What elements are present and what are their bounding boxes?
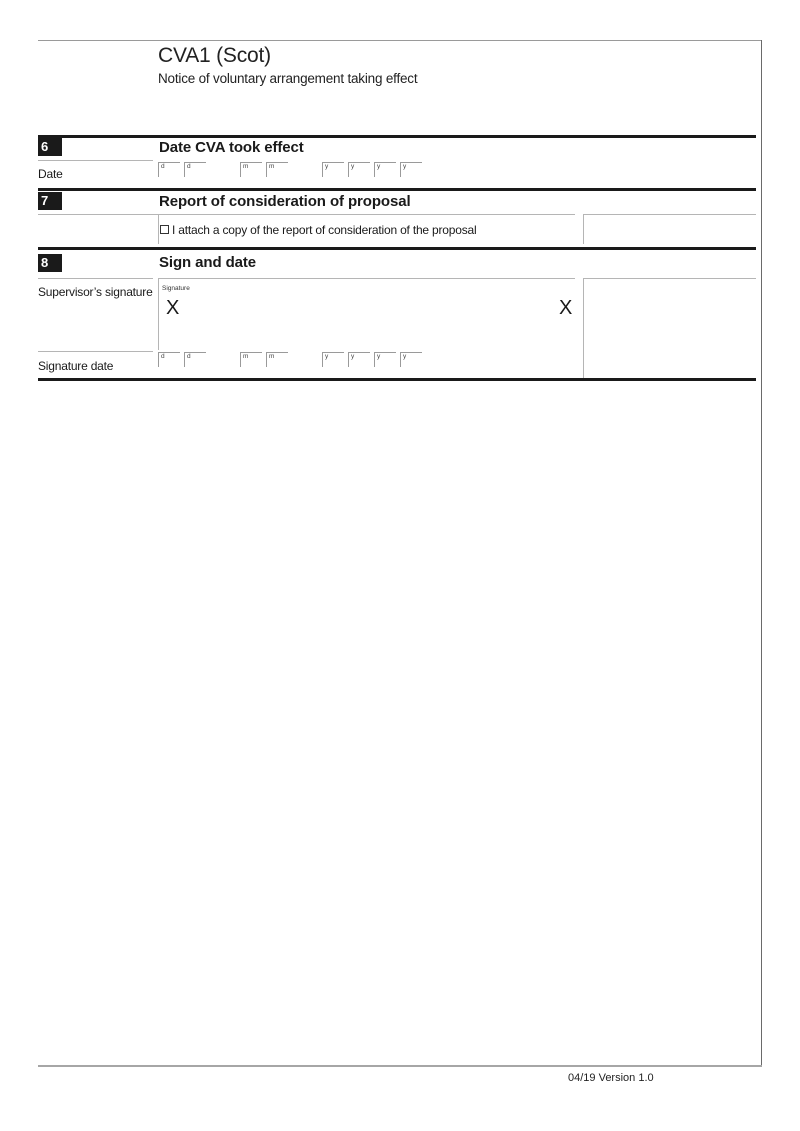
section-6-title: Date CVA took effect bbox=[159, 139, 304, 156]
date-digit-box[interactable]: y bbox=[400, 352, 422, 367]
page-top-rule bbox=[38, 40, 762, 41]
signature-date-field[interactable]: ddmmyyyy bbox=[158, 351, 458, 378]
date-label-rule bbox=[38, 160, 153, 161]
date-digit-hint: d bbox=[161, 353, 165, 360]
attach-report-label: I attach a copy of the report of conside… bbox=[172, 223, 476, 237]
date-label: Date bbox=[38, 167, 63, 181]
form-title: Notice of voluntary arrangement taking e… bbox=[158, 71, 417, 86]
date-digit-hint: y bbox=[377, 353, 380, 360]
date-digit-box[interactable]: d bbox=[158, 352, 180, 367]
sign-here-right-mark: X bbox=[559, 297, 572, 320]
date-digit-box[interactable]: m bbox=[240, 162, 262, 177]
date-digit-box[interactable]: y bbox=[400, 162, 422, 177]
section-7-rule bbox=[38, 188, 756, 191]
section-8-rule bbox=[38, 247, 756, 250]
supervisor-signature-label: Supervisor’s signature bbox=[38, 285, 153, 299]
date-digit-hint: y bbox=[325, 353, 328, 360]
date-digit-box[interactable]: m bbox=[266, 162, 288, 177]
page-right-rule bbox=[761, 40, 762, 1066]
section-7-inner-rule bbox=[38, 214, 575, 215]
date-digit-box[interactable]: m bbox=[240, 352, 262, 367]
signature-date-label: Signature date bbox=[38, 359, 113, 373]
date-digit-hint: m bbox=[243, 353, 248, 360]
date-digit-hint: y bbox=[325, 163, 328, 170]
date-digit-hint: y bbox=[351, 353, 354, 360]
form-code: CVA1 (Scot) bbox=[158, 44, 271, 68]
date-digit-hint: y bbox=[403, 163, 406, 170]
section-7-number: 7 bbox=[38, 192, 62, 210]
date-digit-box[interactable]: m bbox=[266, 352, 288, 367]
date-digit-box[interactable]: y bbox=[322, 162, 344, 177]
section-8-side-rule bbox=[583, 278, 756, 279]
section-7-title: Report of consideration of proposal bbox=[159, 193, 411, 210]
signature-label-rule bbox=[38, 278, 153, 279]
section-8-title: Sign and date bbox=[159, 254, 256, 271]
section-8-number: 8 bbox=[38, 254, 62, 272]
page-bottom-rule bbox=[38, 1065, 762, 1067]
signature-caption: Signature bbox=[162, 285, 190, 292]
date-digit-hint: y bbox=[403, 353, 406, 360]
date-digit-box[interactable]: d bbox=[184, 162, 206, 177]
attach-report-checkbox[interactable] bbox=[160, 225, 169, 234]
date-digit-box[interactable]: y bbox=[322, 352, 344, 367]
section-8-right-divider bbox=[583, 278, 584, 378]
date-digit-hint: y bbox=[351, 163, 354, 170]
section-7-right-divider bbox=[583, 214, 584, 244]
date-digit-box[interactable]: y bbox=[348, 352, 370, 367]
form-version: 04/19 Version 1.0 bbox=[568, 1072, 654, 1084]
date-digit-hint: d bbox=[187, 163, 191, 170]
date-digit-hint: m bbox=[243, 163, 248, 170]
date-digit-hint: d bbox=[187, 353, 191, 360]
section-7-left-divider bbox=[158, 214, 159, 244]
cva-date-field[interactable]: ddmmyyyy bbox=[158, 160, 458, 187]
date-digit-hint: m bbox=[269, 163, 274, 170]
supervisor-signature-field[interactable]: Signature X X bbox=[159, 279, 582, 349]
signature-date-label-rule bbox=[38, 351, 153, 352]
date-digit-hint: d bbox=[161, 163, 165, 170]
section-6-rule bbox=[38, 135, 756, 138]
section-7-side-rule bbox=[583, 214, 756, 215]
section-8-bottom-rule bbox=[38, 378, 756, 381]
date-digit-hint: m bbox=[269, 353, 274, 360]
date-digit-hint: y bbox=[377, 163, 380, 170]
sign-here-left-mark: X bbox=[166, 297, 179, 320]
date-digit-box[interactable]: y bbox=[374, 352, 396, 367]
date-digit-box[interactable]: d bbox=[158, 162, 180, 177]
date-digit-box[interactable]: d bbox=[184, 352, 206, 367]
date-digit-box[interactable]: y bbox=[374, 162, 396, 177]
date-digit-box[interactable]: y bbox=[348, 162, 370, 177]
section-6-number: 6 bbox=[38, 138, 62, 156]
